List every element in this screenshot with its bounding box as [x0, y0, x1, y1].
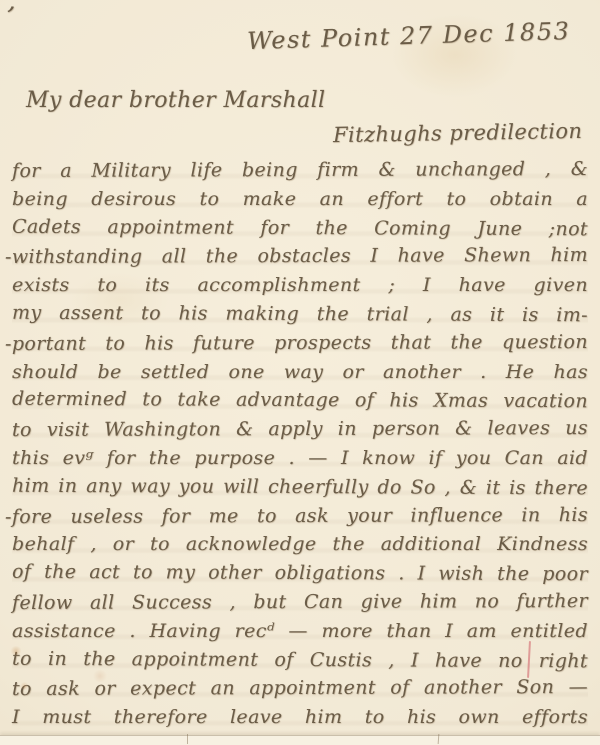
letter-line: I must therefore leave him to his own ef…	[12, 703, 588, 732]
letter-line: -fore useless for me to ask your influen…	[5, 501, 588, 532]
letter-line: my assent to his making the trial , as i…	[12, 299, 588, 330]
letter-line: to visit Washington & apply in person & …	[12, 414, 588, 445]
letter-line: this evᵍ for the purpose . — I know if y…	[12, 444, 588, 473]
letter-page: ’ West Point 27 Dec 1853 My dear brother…	[0, 0, 600, 745]
letter-dateline: West Point 27 Dec 1853	[246, 17, 570, 55]
letter-line: Cadets appointment for the Coming June ;…	[12, 212, 588, 243]
paper-stain	[92, 670, 108, 682]
pen-mark: ’	[2, 1, 17, 32]
letter-line: should be settled one way or another . H…	[12, 358, 588, 387]
letter-line: -withstanding all the obstacles I have S…	[5, 241, 588, 272]
letter-line: him in any way you will cheerfully do So…	[12, 472, 588, 503]
letter-line: fellow all Success , but Can give him no…	[12, 587, 588, 618]
letter-line: assistance . Having recᵈ — more than I a…	[12, 617, 588, 646]
letter-line: determined to take advantage of his Xmas…	[12, 385, 588, 416]
letter-line: of the act to my other obligations . I w…	[12, 558, 588, 589]
rust-stain	[10, 646, 22, 656]
letter-line: being desirous to make an effort to obta…	[12, 185, 588, 214]
letter-line: behalf , or to acknowledge the additiona…	[12, 530, 588, 559]
letter-body: for a Military life being firm & unchang…	[12, 156, 588, 732]
letter-line: for a Military life being firm & unchang…	[12, 155, 588, 186]
letter-salutation: My dear brother Marshall	[26, 88, 325, 113]
page-bottom-edge	[0, 735, 600, 745]
edge-nick	[438, 734, 440, 744]
letter-line: -portant to his future prospects that th…	[5, 328, 588, 359]
letter-line: exists to its accomplishment ; I have gi…	[12, 271, 588, 300]
edge-nick	[187, 734, 188, 744]
rust-stain	[20, 682, 29, 690]
letter-opening-line: Fitzhughs predilection	[332, 119, 582, 147]
